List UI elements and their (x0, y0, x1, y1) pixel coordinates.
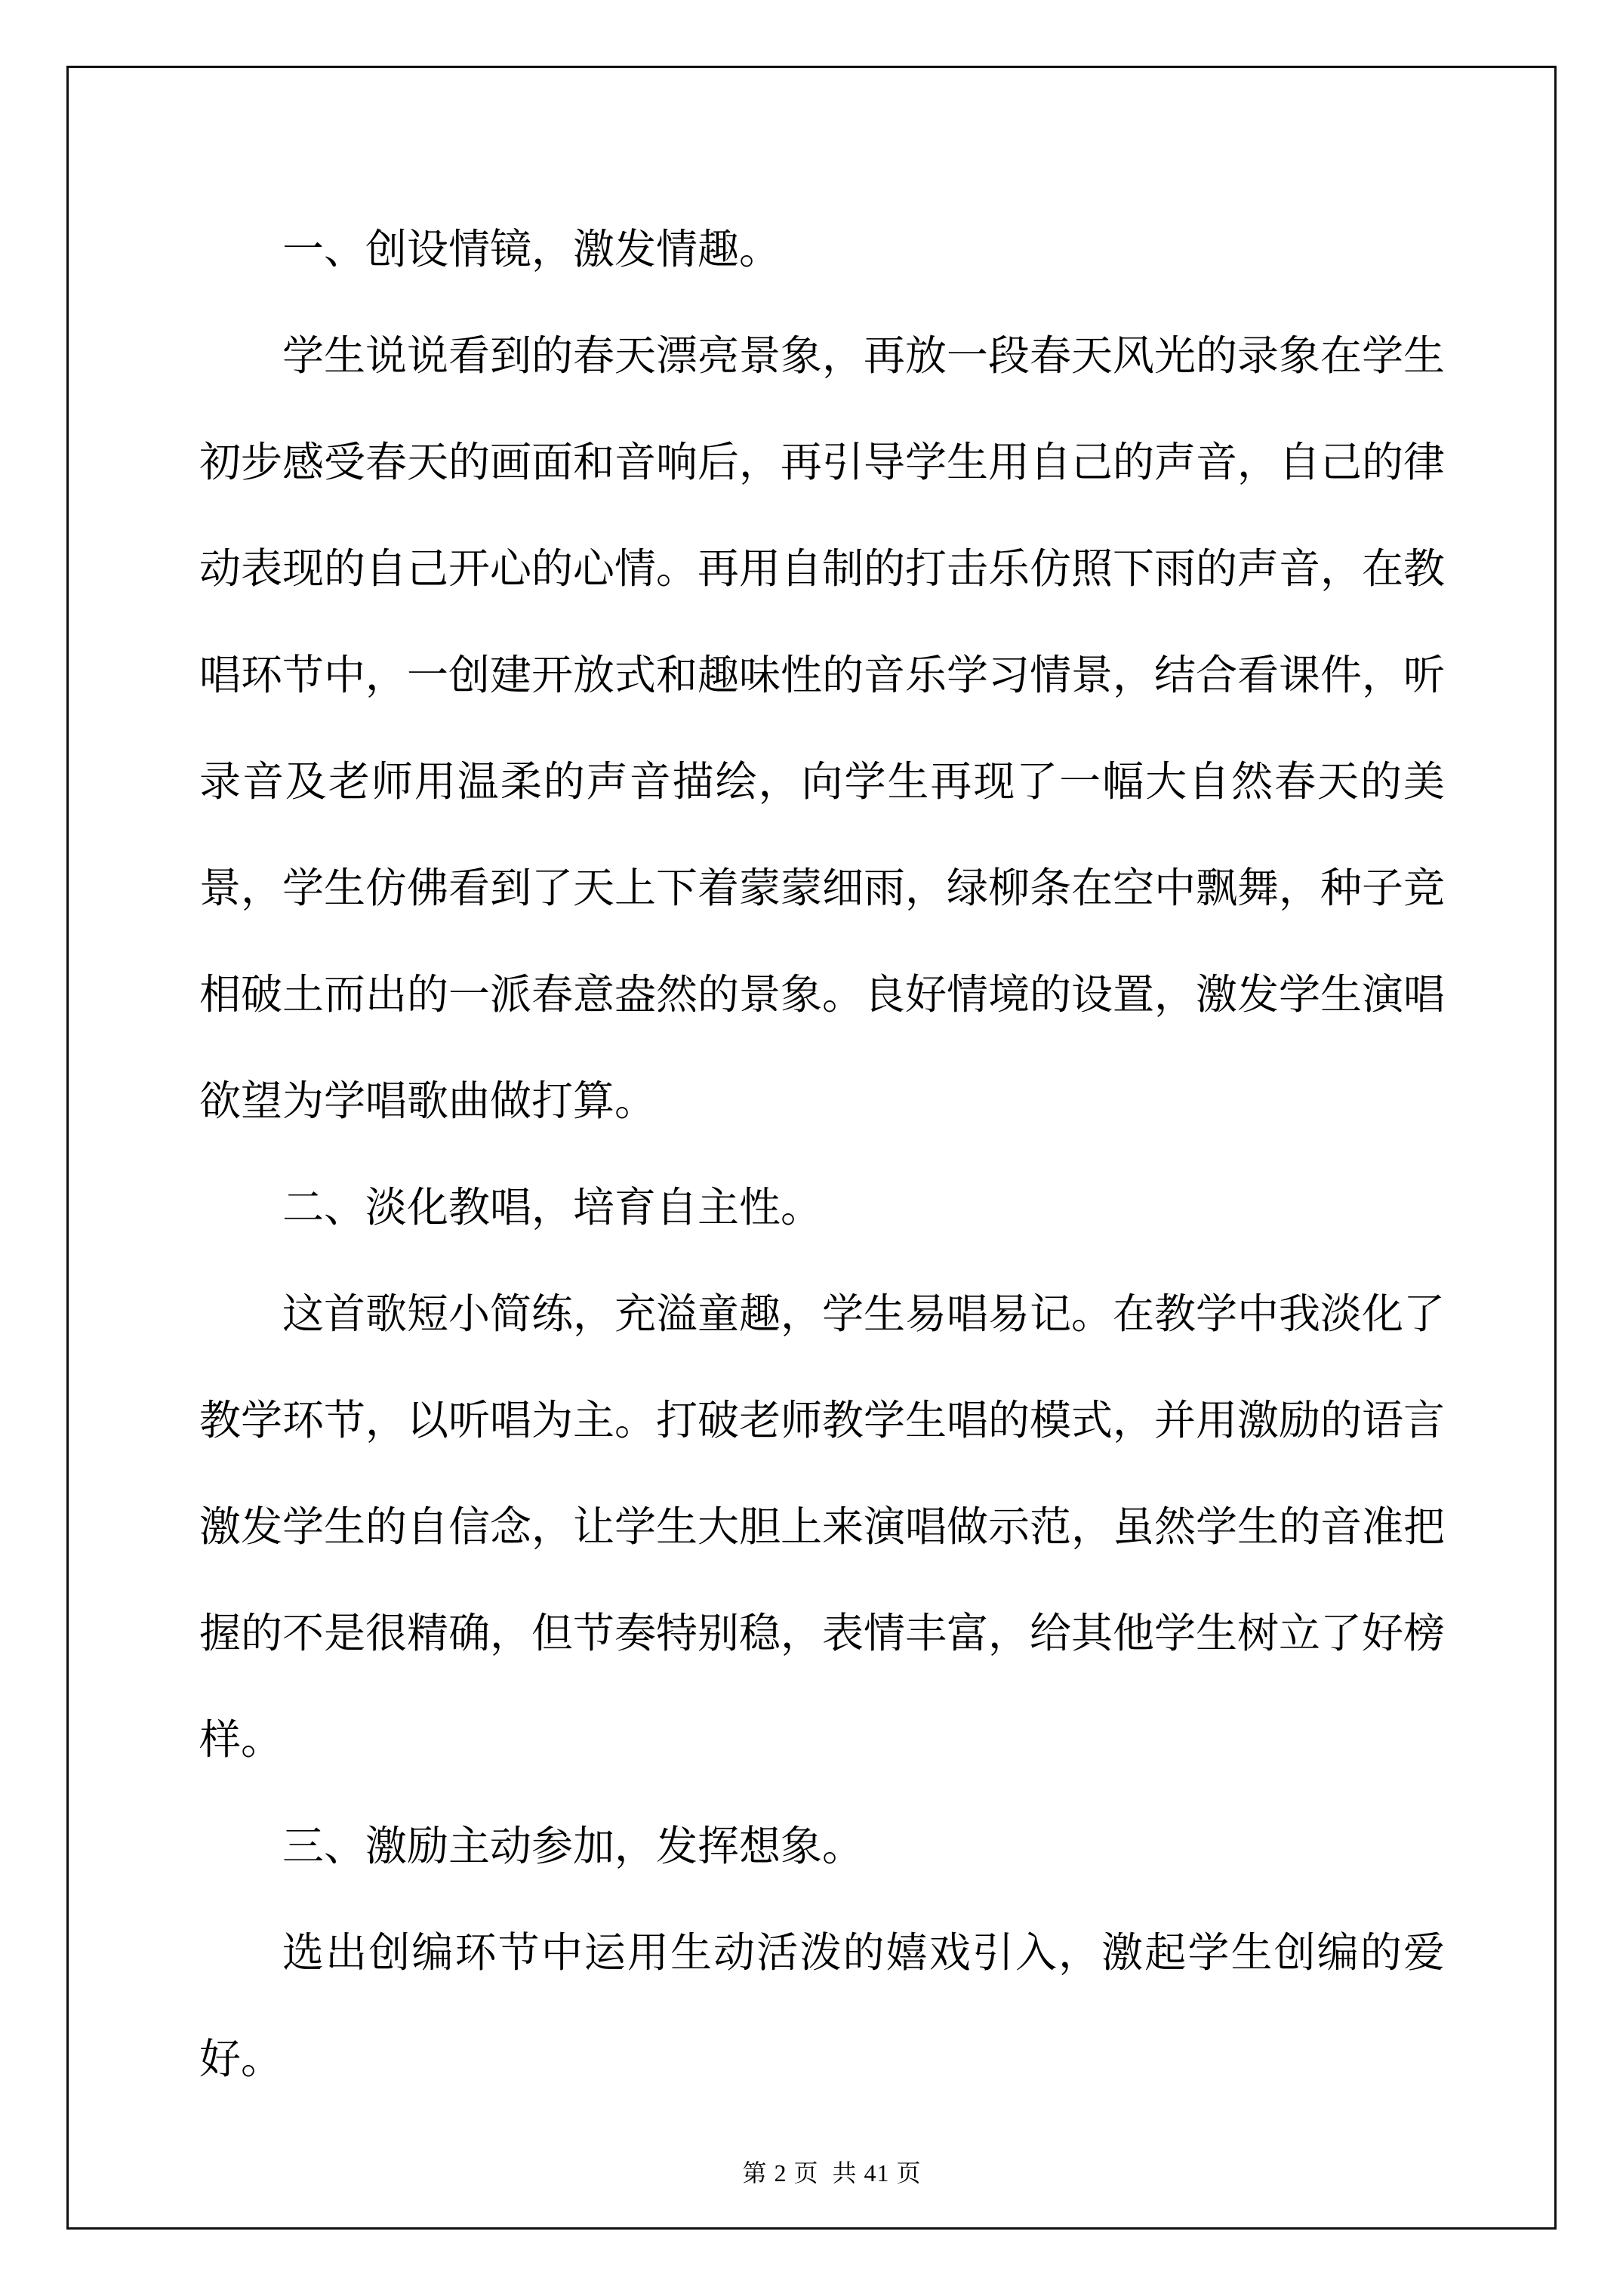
page-footer: 第 2 页 共 41 页 (69, 2137, 1554, 2209)
page-number-label: 第 2 页 共 41 页 (742, 2159, 921, 2187)
section-heading: 三、激励主动参加，发挥想象。 (199, 1793, 1445, 1900)
page-border: 一、创设情镜，激发情趣。学生说说看到的春天漂亮景象，再放一段春天风光的录象在学生… (66, 66, 1557, 2230)
paragraph: 选出创编环节中运用生动活泼的嬉戏引入，激起学生创编的爱好。 (199, 1900, 1445, 2113)
section-heading: 二、淡化教唱，培育自主性。 (199, 1154, 1445, 1261)
section-heading: 一、创设情镜，激发情趣。 (199, 196, 1445, 303)
paragraph: 这首歌短小简练，充溢童趣，学生易唱易记。在教学中我淡化了教学环节，以听唱为主。打… (199, 1261, 1445, 1793)
document-body: 一、创设情镜，激发情趣。学生说说看到的春天漂亮景象，再放一段春天风光的录象在学生… (199, 196, 1445, 2113)
document-page: 一、创设情镜，激发情趣。学生说说看到的春天漂亮景象，再放一段春天风光的录象在学生… (0, 0, 1623, 2296)
paragraph: 学生说说看到的春天漂亮景象，再放一段春天风光的录象在学生初步感受春天的画面和音响… (199, 303, 1445, 1154)
